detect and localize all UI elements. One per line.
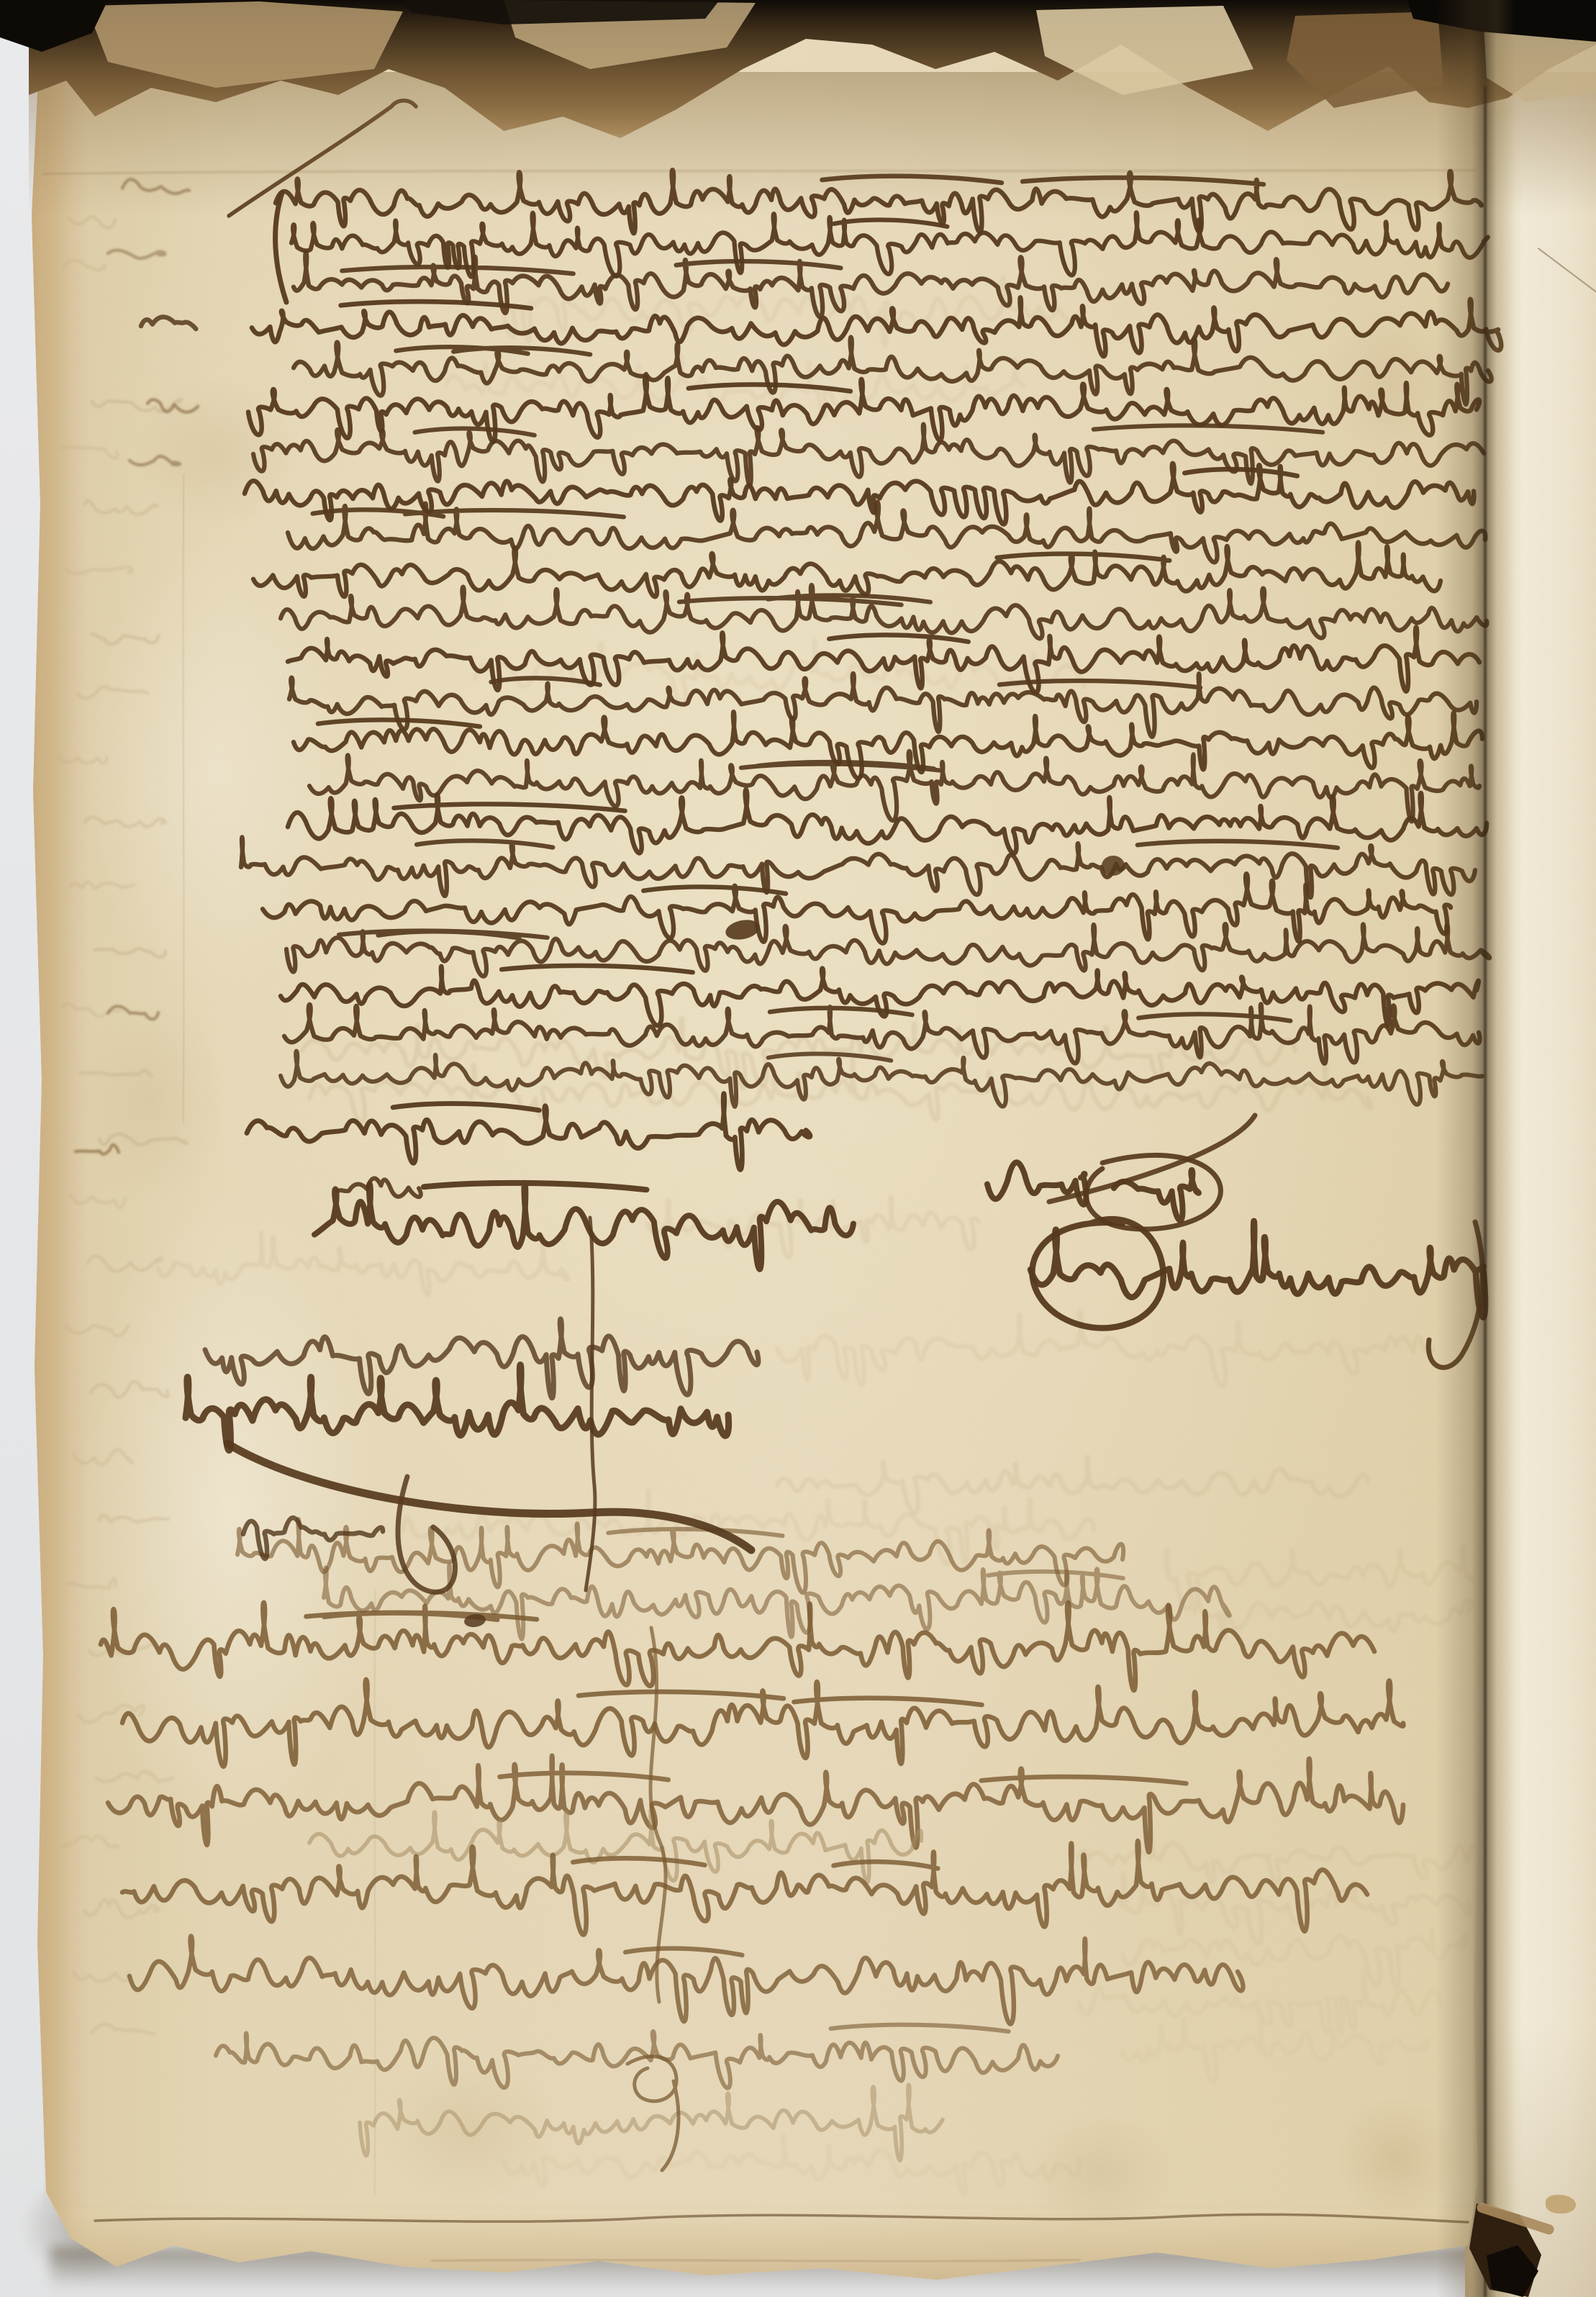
gutter-groove-line [1484,86,1487,2297]
manuscript-scan-root [0,0,1596,2297]
paper-grain [43,0,1482,2209]
ink-blot [1102,856,1125,876]
gutter-shadow [1436,0,1515,2297]
foot-fold-crease [95,2214,1468,2222]
vertical-crease-1 [183,475,184,1123]
vertical-crease-2 [374,1590,376,2195]
handwriting-layer [0,0,1596,2297]
foot-crease-2 [432,2260,1079,2262]
